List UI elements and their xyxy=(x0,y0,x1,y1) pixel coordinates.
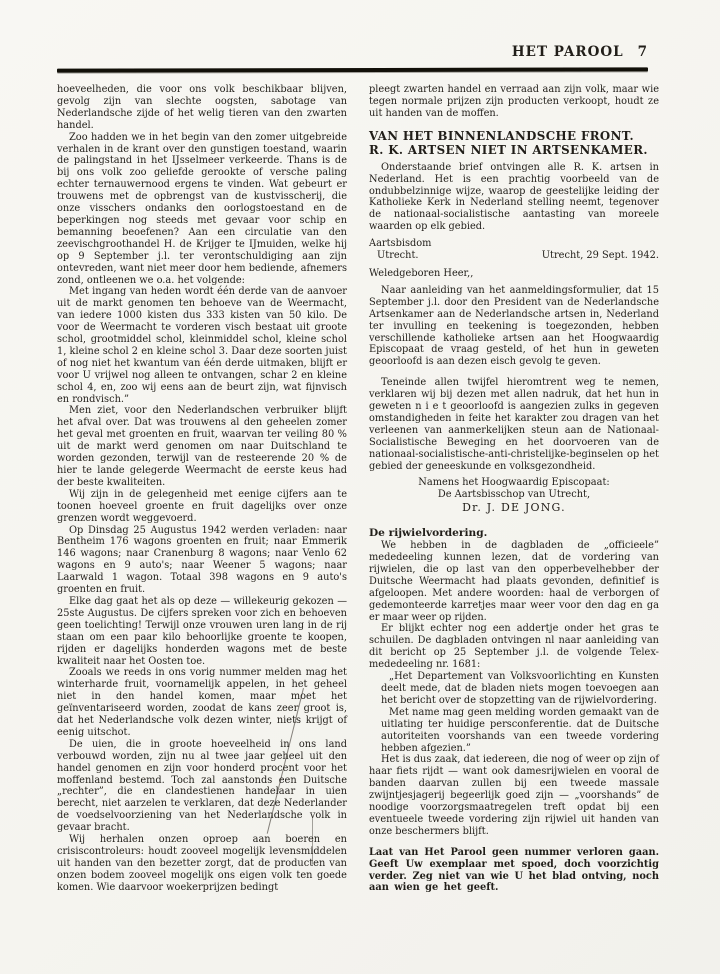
continuation-paragraph: pleegt zwarten handel en verraad aan zij… xyxy=(369,84,659,120)
letter-date: Utrecht, 29 Sept. 1942. xyxy=(542,250,659,262)
newspaper-title: HET PAROOL xyxy=(512,44,624,60)
bike-section-heading: De rijwielvordering. xyxy=(369,528,659,540)
paragraph: Op Dinsdag 25 Augustus 1942 werden verla… xyxy=(57,525,347,596)
paragraph: „Het Departement van Volksvoorlichting e… xyxy=(381,671,659,707)
paragraph: Elke dag gaat het als op deze — willekeu… xyxy=(57,596,347,667)
paragraph: Zoo hadden we in het begin van den zomer… xyxy=(57,132,347,287)
signature-line-2: De Aartsbisschop van Utrecht, xyxy=(369,489,659,501)
paragraph: Zooals we reeds in ons vorig nummer meld… xyxy=(57,667,347,738)
paragraph: Wij herhalen onzen oproep aan boeren en … xyxy=(57,834,347,894)
article-columns: hoeveelheden, die voor ons volk beschikb… xyxy=(57,84,659,894)
closing-notice: Laat van Het Parool geen nummer verloren… xyxy=(369,847,659,895)
letter-header: Aartsbisdom Utrecht. Utrecht, 29 Sept. 1… xyxy=(369,238,659,280)
newspaper-page: HET PAROOL 7 hoeveelheden, die voor ons … xyxy=(0,0,720,974)
bike-section-body: We hebben in de dagbladen de „officieele… xyxy=(369,540,659,838)
letter-dateline: Utrecht. Utrecht, 29 Sept. 1942. xyxy=(369,250,659,262)
section-heading-front: VAN HET BINNENLANDSCHE FRONT. xyxy=(369,129,659,143)
masthead-rule xyxy=(57,67,648,72)
signature-name: Dr. J. DE JONG. xyxy=(369,502,659,514)
paragraph: We hebben in de dagbladen de „officieele… xyxy=(369,540,659,623)
page-number: 7 xyxy=(638,44,648,60)
masthead: HET PAROOL 7 xyxy=(57,44,648,60)
letter-org-line: Aartsbisdom xyxy=(369,238,659,250)
left-column: hoeveelheden, die voor ons volk beschikb… xyxy=(57,84,347,894)
paragraph: De uien, die in groote hoeveelheid in on… xyxy=(57,739,347,834)
letter-paragraph-1: Naar aanleiding van het aanmeldingsformu… xyxy=(369,285,659,368)
right-column: pleegt zwarten handel en verraad aan zij… xyxy=(369,84,659,894)
paragraph: Wij zijn in de gelegenheid met eenige ci… xyxy=(57,489,347,525)
letter-salutation: Weledgeboren Heer,, xyxy=(369,268,659,280)
section-heading-artsen: R. K. ARTSEN NIET IN ARTSENKAMER. xyxy=(369,143,659,157)
paragraph: hoeveelheden, die voor ons volk beschikb… xyxy=(57,84,347,132)
paragraph: Men ziet, voor den Nederlandschen verbru… xyxy=(57,405,347,488)
paragraph: Het is dus zaak, dat iedereen, die nog o… xyxy=(369,754,659,837)
paragraph: Met ingang van heden wordt één derde van… xyxy=(57,286,347,405)
artsen-intro-paragraph: Onderstaande brief ontvingen alle R. K. … xyxy=(369,162,659,233)
scan-artifact xyxy=(312,818,313,864)
signature-line-1: Namens het Hoogwaardig Episcopaat: xyxy=(369,477,659,489)
paragraph: Er blijkt echter nog een addertje onder … xyxy=(369,623,659,671)
letter-paragraph-2: Teneinde allen twijfel hieromtrent weg t… xyxy=(369,377,659,472)
letter-place: Utrecht. xyxy=(369,250,419,262)
paragraph: Met name mag geen melding worden gemaakt… xyxy=(381,707,659,755)
